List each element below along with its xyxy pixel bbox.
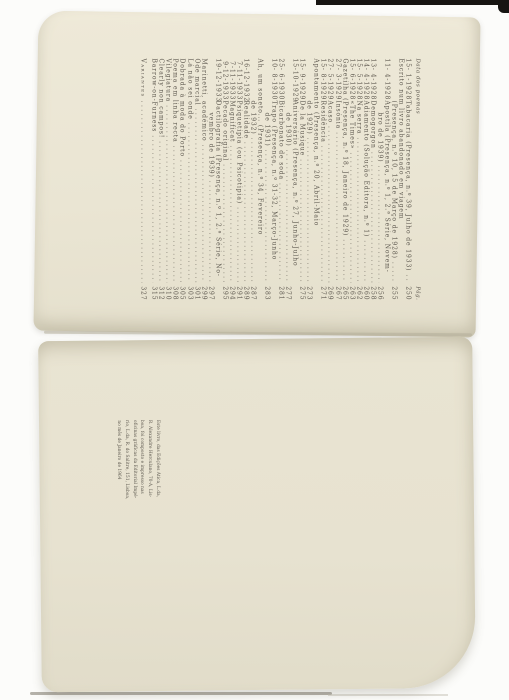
entry-title: Residência: [319, 100, 326, 142]
index-entry-row: 15- 6-1928«The Times»...................…: [348, 58, 355, 300]
entry-date: 10- 8-1930: [270, 58, 277, 100]
dot-leader: ........................................…: [193, 108, 200, 282]
entry-title: Magnificat: [228, 100, 235, 142]
entry-page-number: 265: [341, 284, 348, 300]
entry-page-number: 277: [284, 284, 291, 300]
entry-date: 15-10-1929: [291, 58, 298, 100]
entry-title: Insónia: [334, 100, 341, 129]
index-entry-row: Clearly non campos!.....................…: [157, 58, 164, 300]
entry-title: Bicarbonato de soda: [277, 100, 284, 179]
entry-title-continuation: de 1930): [284, 58, 291, 146]
dot-leader: ........................................…: [263, 149, 270, 282]
entry-page-number: 273: [305, 284, 312, 300]
entry-title: Psiquetipia (ou Psicotipia): [235, 100, 242, 204]
index-entry-row: Gazetilha (Presença, n.º 18, Janeiro de …: [341, 58, 348, 300]
entry-page-number: 301: [193, 284, 200, 300]
entry-date: 15- 9-1929: [298, 58, 305, 100]
entry-title: Poema em linha recta: [171, 58, 178, 142]
entry-page-number: 267: [334, 284, 341, 300]
entry-title-continuation: de 1929): [305, 58, 312, 134]
entry-date: 16-12-1932: [242, 58, 249, 100]
index-entry-row: bro de 1939)............................…: [376, 58, 383, 300]
entry-page-number: 310: [164, 284, 171, 300]
entry-title-continuation: de 1932): [249, 58, 256, 134]
index-entry-row: de 1930)................................…: [284, 58, 291, 300]
entry-title: Demogorgon: [369, 100, 376, 148]
colophon-line: no mês de Janeiro de 1964: [115, 420, 123, 480]
index-entry-row: Escrito num livro abandonado em viagem: [397, 58, 404, 300]
dot-leader: ........................................…: [326, 125, 333, 282]
dot-leader: ........................................…: [249, 137, 256, 282]
index-entry-row: 15-10-1929Aniversário (Presença, n.º 27,…: [291, 58, 298, 300]
book-bottom-edge-shadow: [30, 692, 332, 695]
entry-title: Vilegiatura: [164, 58, 171, 102]
entry-title: De la Musique: [298, 100, 305, 156]
colophon-line: boa, foi composto e impresso nas: [139, 420, 147, 480]
bottom-page: [38, 337, 476, 693]
index-entry-row: 16-12-1932Realidade.....................…: [242, 58, 249, 300]
entry-date: 13- 4-1928: [369, 58, 376, 100]
entry-date: 25- 6-1930: [277, 58, 284, 100]
entry-title: Variantes: [139, 58, 146, 97]
entry-title: Ah, um soneto... (Presença, n.º 34, Feve…: [256, 58, 263, 235]
index-entry-row: 11- 4-1928Apostila (Presença, n.º 1, 2.ª…: [383, 58, 390, 300]
dot-leader: ........................................…: [150, 135, 157, 282]
entry-title: Realidade: [242, 100, 249, 138]
index-entry-row: 9-12-1933Pecado original................…: [221, 58, 228, 300]
index-entry-row: 15- 9-1929De la Musique.................…: [298, 58, 305, 300]
entry-date: 7-11-1933: [228, 58, 235, 100]
dot-leader: ........................................…: [334, 132, 341, 282]
dot-leader: ........................................…: [376, 165, 383, 282]
dot-leader: ........................................…: [404, 274, 411, 282]
index-block: Data dos poemas Pág. 15- 1-1928Tabacaria…: [143, 58, 420, 300]
entry-title-continuation: vembro de 1939): [207, 58, 214, 177]
entry-title: Dactilografia (Presença, n.º 1, 2.ª Séri…: [214, 100, 221, 276]
index-entry-row: 27- 3-1929Insónia.......................…: [333, 58, 340, 300]
dot-leader: ........................................…: [390, 261, 397, 282]
entry-title: «The Times»: [348, 100, 355, 149]
colophon-block: Este livro, das Edições Ática, L.da,R. A…: [112, 420, 162, 480]
dot-leader: ........................................…: [235, 207, 242, 282]
dot-leader: ........................................…: [298, 159, 305, 282]
index-entry-row: Variantes...............................…: [139, 58, 146, 300]
dot-leader: ........................................…: [179, 160, 186, 282]
index-header-right: Pág.: [413, 286, 420, 300]
index-header-left: Data dos poemas: [413, 58, 420, 114]
index-header: Data dos poemas Pág.: [411, 58, 420, 300]
entry-page-number: 258: [369, 284, 376, 300]
entry-title: Tabacaria (Presença, n.º 39, Julho de 19…: [404, 100, 411, 271]
entry-page-number: 287: [249, 284, 256, 300]
index-entry-row: Vilegiatura.............................…: [164, 58, 171, 300]
index-entry-row: 7-11-1933Magnificat.....................…: [228, 58, 235, 300]
dot-leader: ........................................…: [228, 145, 235, 282]
dot-leader: ........................................…: [277, 182, 284, 282]
index-entry-row: 19-12-1933Dactilografia (Presença, n.º 1…: [214, 58, 221, 300]
entry-page-number: 275: [298, 284, 305, 300]
entry-page-number: 327: [139, 284, 146, 300]
dot-leader: ........................................…: [207, 180, 214, 282]
dot-leader: ........................................…: [355, 137, 362, 282]
entry-title: Acaso: [326, 100, 333, 122]
index-entry-row: 10- 8-1930Trapo (Presença, n.º 31-32, Ma…: [270, 58, 277, 300]
scanner-edge-corner: [498, 0, 509, 13]
index-entry-row: de 1929)................................…: [305, 58, 312, 300]
entry-date: 15- 6-1928: [348, 58, 355, 100]
entry-page-number: 289: [242, 284, 249, 300]
index-entry-row: Ode marcial.............................…: [193, 58, 200, 300]
entry-page-number: 283: [263, 284, 270, 300]
entry-title: Apontamento (Presença, n.º 20, Abril-Mai…: [312, 58, 319, 226]
entry-page-number: 262: [355, 284, 362, 300]
dot-leader: ........................................…: [369, 151, 376, 282]
entry-title-continuation: (Presença, n.º 10, 15 de Março de 1928): [390, 58, 397, 258]
index-entry-row: 15- 8-1929Residência....................…: [319, 58, 326, 300]
entry-title: Gazetilha (Presença, n.º 18, Janeiro de …: [341, 58, 348, 236]
entry-title: Trapo (Presença, n.º 31-32, Março-Junho: [270, 100, 277, 260]
entry-title: Na serra: [355, 100, 362, 134]
index-entry-row: Ah, um soneto... (Presença, n.º 34, Feve…: [256, 58, 263, 300]
entry-page-number: 295: [221, 284, 228, 300]
entry-date: 15- 8-1929: [319, 58, 326, 100]
index-entry-row: 14- 4-1928Adiamento (Solução Editora, n.…: [362, 58, 369, 300]
index-text: Data dos poemas Pág. 15- 1-1928Tabacaria…: [143, 58, 420, 300]
entry-title-continuation: bro de 1939): [376, 58, 383, 162]
entry-date: 19-12-1933: [214, 58, 221, 100]
entry-page-number: 281: [277, 284, 284, 300]
index-entry-row: de 1932)................................…: [249, 58, 256, 300]
entry-page-number: 305: [179, 284, 186, 300]
entry-page-number: 291: [235, 284, 242, 300]
entry-title: Dobrada à moda do Porto: [179, 58, 186, 157]
dot-leader: ........................................…: [362, 240, 369, 282]
dot-leader: ........................................…: [284, 149, 291, 282]
entry-title: Adiamento (Solução Editora, n.º 1): [362, 100, 369, 237]
book-bottom-edge-shadow-faint: [328, 694, 448, 696]
colophon-line: rio, L.da, R. do Salitre, 151, Lisboa,: [123, 420, 131, 480]
entry-title: Apostila (Presença, n.º 1, 2.ª Série, No…: [383, 100, 390, 272]
entry-date: 27- 5-1929: [326, 58, 333, 100]
entry-page-number: 303: [186, 284, 193, 300]
entry-page-number: 297: [207, 284, 214, 300]
scanner-edge-strip-top: [316, 0, 509, 5]
entry-title: Marinetti, académico: [200, 58, 207, 141]
dot-leader: ........................................…: [221, 164, 228, 282]
entry-title: Clearly non campos!: [157, 58, 164, 138]
entry-page-number: 250: [404, 284, 411, 300]
scanned-book-photo: { "artifact": { "description": "photogra…: [0, 0, 509, 700]
dot-leader: ........................................…: [242, 141, 249, 282]
dot-leader: ........................................…: [319, 145, 326, 282]
dot-leader: ........................................…: [305, 137, 312, 282]
colophon-line: oficinas gráficas da Editorial Impé-: [131, 420, 139, 480]
colophon-text: Este livro, das Edições Ática, L.da,R. A…: [112, 420, 162, 480]
entry-date: 15- 5-1928: [355, 58, 362, 100]
dot-leader: ........................................…: [139, 100, 146, 282]
index-entry-row: 25- 6-1930Bicarbonato de soda...........…: [277, 58, 284, 300]
entry-page-number: 269: [326, 284, 333, 300]
entry-page-number: 263: [348, 284, 355, 300]
entry-page-number: 271: [319, 284, 326, 300]
index-entry-row: Barrow-on-Furness.......................…: [150, 58, 157, 300]
index-entry-row: 13- 4-1928Demogorgon....................…: [369, 58, 376, 300]
index-entry-row: (Presença, n.º 10, 15 de Março de 1928).…: [390, 58, 397, 300]
index-entry-row: Lá não sei onde.........................…: [186, 58, 193, 300]
index-entry-row: 15- 1-1928Tabacaria (Presença, n.º 39, J…: [404, 58, 411, 300]
index-entry-row: 27- 5-1929Acaso.........................…: [326, 58, 333, 300]
entry-page-number: 299: [200, 284, 207, 300]
entry-date: 11- 4-1928: [383, 58, 390, 100]
entry-title: Ode marcial: [193, 58, 200, 105]
entry-title: Lá não sei onde: [186, 58, 193, 119]
index-entry-row: Marinetti, académico....................…: [200, 58, 207, 300]
entry-title: Barrow-on-Furness: [150, 58, 157, 132]
entry-page-number: 260: [362, 284, 369, 300]
entry-title: Pecado original: [221, 100, 228, 161]
entry-page-number: 256: [376, 284, 383, 300]
entry-date: 9-12-1933: [221, 58, 228, 100]
entry-title: Escrito num livro abandonado em viagem: [397, 58, 404, 219]
index-entry-row: Dobrada à moda do Porto.................…: [178, 58, 185, 300]
entry-page-number: 312: [157, 284, 164, 300]
entry-page-number: 294: [228, 284, 235, 300]
entry-page-number: 308: [171, 284, 178, 300]
index-entry-row: 15- 5-1928Na serra......................…: [355, 58, 362, 300]
entry-date: 27- 3-1929: [334, 58, 341, 100]
dot-leader: ........................................…: [171, 145, 178, 282]
index-entry-row: vembro de 1939).........................…: [207, 58, 214, 300]
entry-page-number: 255: [390, 284, 397, 300]
entry-title: Aniversário (Presença, n.º 27, Junho-Jul…: [291, 100, 298, 266]
entry-date: 7-11-1933: [235, 58, 242, 100]
entry-title-continuation: de 1931): [263, 58, 270, 146]
index-entry-row: de 1931)................................…: [263, 58, 270, 300]
entry-date: 14- 4-1928: [362, 58, 369, 100]
index-entry-row: Poema em linha recta....................…: [171, 58, 178, 300]
entry-page-number: 315: [150, 284, 157, 300]
colophon-line: R. Alexandre Herculano, 70-A, Lis-: [146, 420, 154, 480]
dot-leader: ........................................…: [348, 152, 355, 282]
dot-leader: ........................................…: [186, 122, 193, 282]
index-entry-row: Apontamento (Presença, n.º 20, Abril-Mai…: [312, 58, 319, 300]
entry-date: 15- 1-1928: [404, 58, 411, 100]
colophon-line: Este livro, das Edições Ática, L.da,: [154, 420, 162, 480]
dot-leader: ........................................…: [200, 144, 207, 282]
dot-leader: ........................................…: [157, 141, 164, 282]
index-entry-row: 7-11-1933Psiquetipia (ou Psicotipia)....…: [235, 58, 242, 300]
dot-leader: ........................................…: [164, 105, 171, 282]
dot-leader: ........................................…: [341, 239, 348, 282]
